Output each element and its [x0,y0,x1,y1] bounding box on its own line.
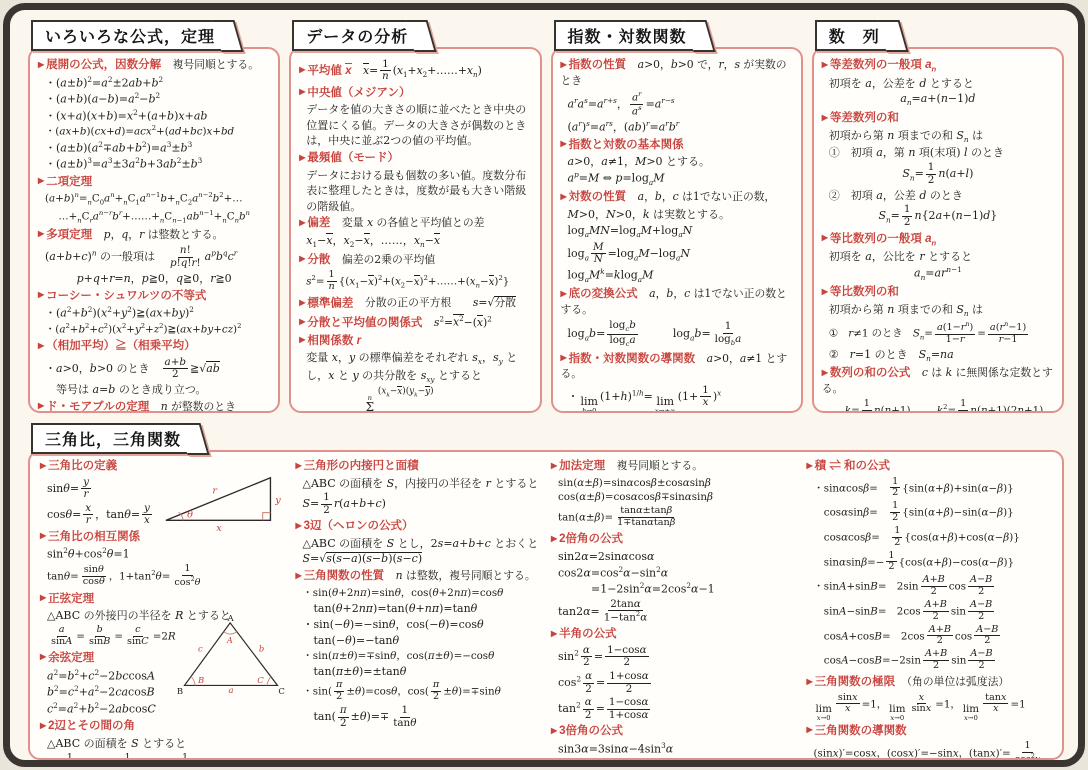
bullet-triangle-icon: ▶ [822,60,828,69]
bullet-triangle-icon: ▶ [551,461,557,470]
formula-line: ・sin(π±θ)=∓sinθ，cos(π±θ)=−cosθ [296,649,542,664]
formula-line: r=sxysxsy=nΣk=1(xk−x)(yk−y)√nΣk=1(xk−x)2… [299,385,531,413]
theta-label: θ [187,509,193,520]
heading-text: 三角形の内接円と面積 [304,460,419,472]
top-panel-row: いろいろな公式，定理 ▶展開の公式，因数分解 複号同順とする。・(a±b)2=a… [28,20,1064,413]
right-angle-mark [262,513,270,521]
block-heading: ▶コーシー・シュワルツの不等式 [38,289,270,305]
formula-line: Sn=12n(a+l) [822,161,1054,187]
heading-text: ド・モアブルの定理 [46,401,149,413]
block-heading: ▶ド・モアブルの定理 n が整数のとき [38,400,270,413]
adjacent-label: x [216,523,222,533]
heading-condition: s2=x2−(x)2 [434,316,492,329]
panel-tab-shape: 三角比，三角関数 [31,423,191,454]
vertex-c-label: C [278,686,284,696]
formula-line: (a+b)n=nC0an+nC1an−1b+nC2an−2b2+… [38,191,270,208]
bullet-triangle-icon: ▶ [40,531,46,540]
formula-line: tan2α=2tanα1−tan2α [551,598,797,626]
heading-text: 積 ⇌ 和の公式 [815,460,890,472]
trig-columns: r y x θ A B C A B [40,457,1052,755]
formula-block: ▶ド・モアブルの定理 n が整数のとき(cosθ+isinθ)n=cosnθ+i… [38,400,270,413]
formula-block: ▶分散と平均値の関係式 s2=x2−(x)2 [299,314,531,332]
formula-line: 等号は a=b のとき成り立つ。 [38,382,270,398]
block-heading: ▶三角関数の導関数 [807,724,1053,740]
formula-block: ▶相関係数 r変量 x，y の標準偏差をそれぞれ sx，sy とし，x と y … [299,334,531,414]
bullet-triangle-icon: ▶ [299,87,305,96]
bullet-triangle-icon: ▶ [299,254,305,263]
formula-line: sin2θ+cos2θ=1 [40,546,286,563]
formula-line: ・(a±b)(a2∓ab+b2)=a3±b3 [38,140,270,157]
formula-line: sinαsinβ=−12{cos(α+β)−cos(α−β)} [807,550,1053,575]
bullet-triangle-icon: ▶ [561,353,567,362]
formula-block: ▶2辺とその間の角△ABC の面積を S とするとS=12bcsinA=12ca… [40,719,286,760]
block-heading: ▶多項定理 p，q，r は整数とする。 [38,228,270,244]
formula-line: cosαsinβ= 12{sin(α+β)−sin(α−β)} [807,500,1053,525]
formula-block: ▶積 ⇌ 和の公式・sinαcosβ= 12{sin(α+β)+sin(α−β)… [807,459,1053,673]
trig-column-4: ▶積 ⇌ 和の公式・sinαcosβ= 12{sin(α+β)+sin(α−β)… [807,457,1053,755]
bullet-triangle-icon: ▶ [38,290,44,299]
formula-block: ▶展開の公式，因数分解 複号同順とする。・(a±b)2=a2±2ab+b2・(a… [38,58,270,173]
bullet-triangle-icon: ▶ [299,153,305,162]
bullet-triangle-icon: ▶ [38,60,44,69]
bullet-triangle-icon: ▶ [551,534,557,543]
formula-line: ・(a±b)3=a3±3a2b+3ab2±b3 [38,156,270,173]
formula-block: ▶三角比の相互関係sin2θ+cos2θ=1tanθ=sinθcosθ，1+ta… [40,530,286,590]
formula-line: 初項を a，公差を d とすると [822,76,1054,92]
block-heading: ▶積 ⇌ 和の公式 [807,459,1053,475]
formula-line: ・(a±b)2=a2±2ab+b2 [38,75,270,92]
panel-card: ▶展開の公式，因数分解 複号同順とする。・(a±b)2=a2±2ab+b2・(a… [28,47,280,413]
angle-c-label: C [257,675,264,685]
formula-line: (a+b+c)n の一般項は n!p!q!r!apbqcr [38,244,270,270]
bullet-triangle-icon: ▶ [40,593,46,602]
bullet-triangle-icon: ▶ [299,218,305,227]
panel-tab-shape: データの分析 [292,20,418,51]
formula-line: ・sin(−θ)=−sinθ，cos(−θ)=cosθ [296,617,542,633]
heading-condition: x=1n(x1+x2+……+xn) [363,64,482,77]
formula-line: tan(θ+2nπ)=tan(θ+nπ)=tanθ [296,601,542,617]
block-heading: ▶等差数列の和 [822,111,1054,127]
heading-text: （相加平均）≧（相乗平均） [46,340,196,352]
panel-title: いろいろな公式，定理 [45,29,215,46]
heading-text: 等比数列の一般項 an [830,233,936,245]
block-heading: ▶半角の公式 [551,627,797,643]
heading-condition: （角の単位は弧度法） [907,675,1010,688]
block-heading: ▶中央値（メジアン） [299,86,531,102]
heading-text: 三角比の定義 [48,460,117,472]
heading-text: 三角関数の導関数 [815,725,907,737]
heading-text: 三角関数の極限 [815,676,896,688]
formula-block: ▶二項定理(a+b)n=nC0an+nC1an−1b+nC2an−2b2+……+… [38,175,270,226]
formula-line: p+q+r=n，p≧0，q≧0，r≧0 [38,271,270,287]
bullet-triangle-icon: ▶ [38,229,44,238]
angle-b-label: B [197,675,204,685]
panel-title: 数 列 [829,29,880,46]
right-triangle-diagram: r y x θ [162,469,284,533]
block-heading: ▶平均値 x x=1n(x1+x2+……+xn) [299,58,531,84]
right-triangle-outline [165,478,270,521]
formula-block: ▶コーシー・シュワルツの不等式・(a2+b2)(x2+y2)≧(ax+by)2・… [38,289,270,337]
formula-line: Sn=12n{2a+(n−1)d} [822,203,1054,229]
formula-block: ▶数列の和の公式 c は k に無関係な定数とする。nΣk=1k=12n(n+1… [822,366,1054,413]
formula-line: ・sinαcosβ= 12{sin(α+β)+sin(α−β)} [807,476,1053,501]
bullet-triangle-icon: ▶ [38,401,44,410]
angle-c-arc [266,677,270,686]
panel-title: 指数・対数関数 [568,29,687,46]
hypotenuse-label: r [212,485,218,496]
panel-tab-shape: 数 列 [815,20,890,51]
formula-line: cos2α2=1+cosα2 [551,670,797,696]
bullet-triangle-icon: ▶ [38,176,44,185]
formula-block: ▶対数の性質 a，b，c は1でない正の数，M>0，N>0，k は実数とする。l… [561,190,793,285]
formula-line: tanθ=sinθcosθ，1+tan2θ=1cos2θ [40,563,286,590]
bullet-triangle-icon: ▶ [40,461,46,470]
formula-block: ▶2倍角の公式sin2α=2sinαcosαcos2α=cos2α−sin2α … [551,532,797,625]
block-heading: ▶加法定理 複号同順とする。 [551,459,797,475]
panel-title: データの分析 [306,29,408,46]
formula-line: s2=1n{(x1−x)2+(x2−x)2+……+(xn−x)2} [299,269,531,294]
formula-line: ② r=1 のとき Sn=na [822,347,1054,365]
formula-line: ・(x+a)(x+b)=x2+(a+b)x+ab [38,108,270,125]
formula-line: cosαcosβ= 12{cos(α+β)+cos(α−β)} [807,525,1053,550]
bullet-triangle-icon: ▶ [299,298,305,307]
panel-tab: 指数・対数関数 [554,20,697,51]
formula-line: tan(α±β)=tanα±tanβ1∓tanαtanβ [551,505,797,530]
block-heading: ▶3倍角の公式 [551,724,797,740]
formula-line: 変量 x，y の標準偏差をそれぞれ sx，sy とし，x と y の共分散を s… [299,350,531,385]
bullet-triangle-icon: ▶ [296,461,302,470]
formula-line: tan2α2=1−cosα1+cosα [551,696,797,722]
heading-text: 二項定理 [46,176,92,188]
formula-block: ▶多項定理 p，q，r は整数とする。(a+b+c)n の一般項は n!p!q!… [38,228,270,287]
heading-condition: 分散の正の平方根 s=√分散 [365,296,516,309]
formula-line: cos3α=−3cosα+4cos3α [551,757,797,760]
formula-line: △ABC の面積を S，内接円の半径を r とすると [296,476,542,492]
panel-card: ▶平均値 x x=1n(x1+x2+……+xn)▶中央値（メジアン）データを値の… [289,47,541,413]
block-heading: ▶指数・対数関数の導関数 a>0，a≠1 とする。 [561,352,793,383]
formula-line: logaMN=logaM+logaN [561,223,793,241]
formula-line: ・(a+b)(a−b)=a2−b2 [38,91,270,108]
heading-condition: a，b，c は1でない正の数， [638,190,776,203]
formula-line: S=√s(s−a)(s−b)(s−c) [296,551,542,567]
block-heading: ▶標準偏差 分散の正の平方根 s=√分散 [299,296,531,312]
formula-block: ▶等比数列の和初項から第 n 項までの和 Sn は① r≠1 のとき Sn=a(… [822,285,1054,364]
heading-text: 加法定理 [559,460,605,472]
heading-text: 分散と平均値の関係式 [307,317,422,329]
heading-text: 2倍角の公式 [559,533,623,545]
block-heading: ▶3辺（ヘロンの公式） [296,519,542,535]
formula-line: tan(−θ)=−tanθ [296,633,542,649]
block-heading: ▶2辺とその間の角 [40,719,286,735]
formula-line: ・sinA+sinB= 2sinA+B2cosA−B2 [807,574,1053,599]
heading-text: 多項定理 [46,229,92,241]
formula-line: 初項を a，公比を r とすると [822,249,1054,265]
panel-card: r y x θ A B C A B [28,450,1064,760]
formula-block: ▶（相加平均）≧（相乗平均）・a>0，b>0 のとき a+b2≧√ab 等号は … [38,339,270,398]
formula-block: ▶三角関数の導関数(sinx)′=cosx，(cosx)′=−sinx，(tan… [807,724,1053,760]
formula-block: ▶分散 偏差の2乗の平均値s2=1n{(x1−x)2+(x2−x)2+……+(x… [299,253,531,294]
formula-line: x1−x，x2−x，……，xn−x [299,233,531,251]
vertex-b-label: B [176,686,182,696]
formula-line: ・(a2+b2)(x2+y2)≧(ax+by)2 [38,305,270,322]
angle-a-label: A [225,635,232,645]
formula-block: ▶三角関数の性質 n は整数，複号同順とする。・sin(θ+2nπ)=sinθ，… [296,569,542,730]
heading-text: 数列の和の公式 [830,367,911,379]
formula-line: logab=logcblogca logab=1logba [561,319,793,349]
heading-text: 半角の公式 [559,628,617,640]
heading-condition: 複号同順とする。 [617,459,703,472]
heading-text: 対数の性質 [569,191,627,203]
bullet-triangle-icon: ▶ [299,317,305,326]
formula-line: sin(α±β)=sinαcosβ±cosαsinβ [551,476,797,491]
formula-line: 初項から第 n 項までの和 Sn は [822,302,1054,320]
block-heading: ▶等差数列の一般項 an [822,58,1054,75]
heading-text: 3倍角の公式 [559,725,623,737]
block-heading: ▶三角関数の極限 （角の単位は弧度法） [807,675,1053,691]
trig-column-2: ▶三角形の内接円と面積△ABC の面積を S，内接円の半径を r とするとS=1… [296,457,542,755]
formula-block: ▶3辺（ヘロンの公式）△ABC の面積を S とし，2s=a+b+c とおくとS… [296,519,542,567]
formula-line: ・(a2+b2+c2)(x2+y2+z2)≧(ax+by+cz)2 [38,322,270,337]
formula-line: cos(α±β)=cosαcosβ∓sinαsinβ [551,490,797,505]
panel-card: ▶等差数列の一般項 an初項を a，公差を d とするとan=a+(n−1)d▶… [812,47,1064,413]
formula-line: ・sin(θ+2nπ)=sinθ，cos(θ+2nπ)=cosθ [296,586,542,601]
panel-data-analysis: データの分析 ▶平均値 x x=1n(x1+x2+……+xn)▶中央値（メジアン… [289,20,541,413]
formula-line: データにおける最も個数の多い値。度数分布表に整理したときは，度数が最も大きい階級… [299,168,531,215]
heading-text: 中央値（メジアン） [307,87,410,99]
heading-text: 等差数列の和 [830,112,899,124]
heading-text: 最頻値（モード） [307,152,399,164]
formula-line: △ABC の面積を S とすると [40,736,286,752]
bullet-triangle-icon: ▶ [822,233,828,242]
formula-line: an=arn−1 [822,265,1054,283]
formula-line: cosA+cosB= 2cosA+B2cosA−B2 [807,624,1053,649]
panel-tab-shape: 指数・対数関数 [554,20,697,51]
heading-text: 底の変換公式 [569,288,638,300]
panel-tab: 数 列 [815,20,890,51]
block-heading: ▶三角形の内接円と面積 [296,459,542,475]
formula-line: cosA−cosB=−2sinA+B2sinA−B2 [807,648,1053,673]
heading-text: 相関係数 r [307,335,361,347]
heading-text: 指数の性質 [569,59,627,71]
formula-line: limx→0sinxx=1，limx→0xsinx=1，limx→0tanxx=… [807,692,1053,722]
heading-condition: 偏差の2乗の平均値 [342,253,435,266]
formula-block: ▶底の変換公式 a，b，c は1でない正の数とする。logab=logcblog… [561,287,793,349]
formula-block: ▶三角形の内接円と面積△ABC の面積を S，内接円の半径を r とするとS=1… [296,459,542,517]
block-heading: ▶正弦定理 [40,592,286,608]
block-heading: ▶展開の公式，因数分解 複号同順とする。 [38,58,270,74]
trig-column-3: ▶加法定理 複号同順とする。sin(α±β)=sinαcosβ±cosαsinβ… [551,457,797,755]
formula-block: ▶偏差 変量 x の各値と平均値との差x1−x，x2−x，……，xn−x [299,216,531,250]
formula-block: ▶三角関数の極限 （角の単位は弧度法）limx→0sinxx=1，limx→0x… [807,675,1053,722]
formula-block: ▶中央値（メジアン）データを値の大きさの順に並べたとき中央の位置にくる値。データ… [299,86,531,149]
formula-line: aras=ar+s，aras=ar−s [561,90,793,119]
block-heading: ▶等比数列の一般項 an [822,232,1054,249]
heading-text: 指数・対数関数の導関数 [569,353,696,365]
panel-tab: データの分析 [292,20,418,51]
panel-tab-shape: いろいろな公式，定理 [31,20,225,51]
block-heading: ▶二項定理 [38,175,270,191]
block-heading: ▶分散 偏差の2乗の平均値 [299,253,531,269]
formula-block: ▶標準偏差 分散の正の平方根 s=√分散 [299,296,531,312]
formula-line: ap=M ⇔ p=logaM [561,170,793,188]
block-heading: ▶2倍角の公式 [551,532,797,548]
reference-sheet-frame: いろいろな公式，定理 ▶展開の公式，因数分解 複号同順とする。・(a±b)2=a… [3,3,1085,767]
bullet-triangle-icon: ▶ [299,335,305,344]
formula-line: (ar)s=ars，(ab)r=arbr [561,119,793,136]
formula-block: ▶等差数列の一般項 an初項を a，公差を d とするとan=a+(n−1)d [822,58,1054,109]
formula-line: sin3α=3sinα−4sin3α [551,741,797,758]
heading-text: 標準偏差 [307,297,353,309]
angle-a-arc [223,632,236,634]
block-heading: ▶対数の性質 a，b，c は1でない正の数， [561,190,793,206]
bullet-triangle-icon: ▶ [807,677,813,686]
side-b-label: b [258,644,263,654]
heading-text: 三角関数の性質 [304,570,385,582]
formula-line: tan(π2±θ)=∓1tanθ [296,704,542,730]
bullet-triangle-icon: ▶ [40,721,46,730]
heading-text: 等差数列の一般項 an [830,59,936,71]
formula-line: ① 初項 a，第 n 項(末項) l のとき [822,145,1054,161]
panel-card: ▶指数の性質 a>0，b>0 で，r，s が実数のときaras=ar+s，ara… [551,47,803,413]
formula-block: ▶指数と対数の基本関係a>0，a≠1，M>0 とする。ap=M ⇔ p=loga… [561,138,793,189]
formula-line: sin2α=2sinαcosα [551,549,797,565]
block-heading: ▶分散と平均値の関係式 s2=x2−(x)2 [299,314,531,332]
formula-line: c2=a2+b2−2abcosC [40,701,286,718]
bullet-triangle-icon: ▶ [822,113,828,122]
formula-block: ▶平均値 x x=1n(x1+x2+……+xn) [299,58,531,84]
panel-trigonometry: 三角比，三角関数 r y x θ [28,423,1064,760]
formula-line: tan(π±θ)=±tanθ [296,664,542,680]
formula-line: ・limh→0(1+h)1/h=limx→±∞(1+1x)x [561,384,793,413]
heading-text: 展開の公式，因数分解 [46,59,161,71]
heading-text: 等比数列の和 [830,286,899,298]
heading-condition: n は整数，複号同順とする。 [396,569,536,582]
heading-condition: n が整数のとき [161,400,236,413]
formula-block: ▶等差数列の和初項から第 n 項までの和 Sn は① 初項 a，第 n 項(末項… [822,111,1054,229]
block-heading: ▶等比数列の和 [822,285,1054,301]
trig-column-1: r y x θ A B C A B [40,457,286,755]
bullet-triangle-icon: ▶ [807,461,813,470]
formula-line: an=a+(n−1)d [822,91,1054,109]
block-heading: ▶底の変換公式 a，b，c は1でない正の数とする。 [561,287,793,318]
formula-block: ▶3倍角の公式sin3α=3sinα−4sin3αcos3α=−3cosα+4c… [551,724,797,760]
block-heading: ▶三角関数の性質 n は整数，複号同順とする。 [296,569,542,585]
panel-title: 三角比，三角関数 [45,432,181,449]
bullet-triangle-icon: ▶ [822,368,828,377]
bullet-triangle-icon: ▶ [551,629,557,638]
bullet-triangle-icon: ▶ [296,571,302,580]
formula-block: ▶指数の性質 a>0，b>0 で，r，s が実数のときaras=ar+s，ara… [561,58,793,136]
formula-line: sin2α2=1−cosα2 [551,644,797,670]
block-heading: ▶数列の和の公式 c は k に無関係な定数とする。 [822,366,1054,397]
formula-line: logaMk=klogaM [561,267,793,285]
panel-tab: 三角比，三角関数 [31,423,191,454]
formula-block: ▶加法定理 複号同順とする。sin(α±β)=sinαcosβ±cosαsinβ… [551,459,797,530]
formula-block: ▶等比数列の一般項 an初項を a，公比を r とするとan=arn−1 [822,232,1054,284]
opposite-label: y [274,495,281,506]
block-heading: ▶相関係数 r [299,334,531,350]
formula-line: ・sin(π2±θ)=cosθ，cos(π2±θ)=∓sinθ [296,679,542,704]
bullet-triangle-icon: ▶ [807,725,813,734]
heading-text: 偏差 [307,217,330,229]
heading-text: 指数と対数の基本関係 [569,139,684,151]
formula-line: データを値の大きさの順に並べたとき中央の位置にくる値。データの大きさが偶数のとき… [299,102,531,149]
formula-line: ② 初項 a，公差 d のとき [822,188,1054,204]
formula-line: nΣk=1k=12n(n+1) nΣk=1k2=16n(n+1)(2n+1) [822,398,1054,413]
bullet-triangle-icon: ▶ [38,341,44,350]
triangle-abc-diagram: A B C A B C c b a [176,607,286,703]
formula-line: cos2α=cos2α−sin2α [551,565,797,582]
heading-text: 正弦定理 [48,593,94,605]
heading-text: 三角比の相互関係 [48,531,140,543]
bullet-triangle-icon: ▶ [299,65,305,74]
formula-line: ・(ax+b)(cx+d)=acx2+(ad+bc)x+bd [38,124,270,139]
bullet-triangle-icon: ▶ [296,521,302,530]
heading-condition: 変量 x の各値と平均値との差 [342,216,485,229]
block-heading: ▶指数と対数の基本関係 [561,138,793,154]
block-heading: ▶指数の性質 a>0，b>0 で，r，s が実数のとき [561,58,793,89]
bullet-triangle-icon: ▶ [561,192,567,201]
bullet-triangle-icon: ▶ [822,287,828,296]
formula-block: ▶最頻値（モード）データにおける最も個数の多い値。度数分布表に整理したときは，度… [299,151,531,214]
vertex-a-label: A [226,613,234,623]
heading-text: 余弦定理 [48,652,94,664]
heading-text: 3辺（ヘロンの公式） [304,520,414,532]
formula-line: =1−2sin2α=2cos2α−1 [551,581,797,598]
heading-condition: p，q，r は整数とする。 [104,228,224,241]
formula-line: S=12r(a+b+c) [296,491,542,517]
bullet-triangle-icon: ▶ [551,726,557,735]
panel-various-formulas: いろいろな公式，定理 ▶展開の公式，因数分解 複号同順とする。・(a±b)2=a… [28,20,280,413]
formula-line: M>0，N>0，k は実数とする。 [561,207,793,223]
panel-sequences: 数 列 ▶等差数列の一般項 an初項を a，公差を d とするとan=a+(n−… [812,20,1064,413]
heading-text: 平均値 x [307,65,351,77]
formula-line: ・a>0，b>0 のとき a+b2≧√ab [38,356,270,382]
block-heading: ▶最頻値（モード） [299,151,531,167]
formula-line: a>0，a≠1，M>0 とする。 [561,154,793,170]
formula-line: △ABC の面積を S とし，2s=a+b+c とおくと [296,536,542,552]
panel-exp-log: 指数・対数関数 ▶指数の性質 a>0，b>0 で，r，s が実数のときaras=… [551,20,803,413]
bullet-triangle-icon: ▶ [40,652,46,661]
formula-line: …+nCran−rbr+……+nCn−1abn−1+nCnbn [38,209,270,226]
formula-line: ① r≠1 のとき Sn=a(1−rn)1−r=a(rn−1)r−1 [822,320,1054,347]
bullet-triangle-icon: ▶ [561,60,567,69]
formula-line: S=12bcsinA=12casinB=12absinC [40,752,286,760]
heading-text: コーシー・シュワルツの不等式 [46,290,206,302]
block-heading: ▶偏差 変量 x の各値と平均値との差 [299,216,531,232]
formula-block: ▶指数・対数関数の導関数 a>0，a≠1 とする。・limh→0(1+h)1/h… [561,352,793,413]
formula-line: (sinx)′=cosx，(cosx)′=−sinx，(tanx)′=1cos2… [807,740,1053,760]
formula-line: 初項から第 n 項までの和 Sn は [822,128,1054,146]
block-heading: ▶（相加平均）≧（相乗平均） [38,339,270,355]
panel-tab: いろいろな公式，定理 [31,20,225,51]
formula-block: ▶半角の公式sin2α2=1−cosα2cos2α2=1+cosα2tan2α2… [551,627,797,722]
formula-line: sinA−sinB= 2cosA+B2sinA−B2 [807,599,1053,624]
side-c-label: c [198,644,203,654]
bullet-triangle-icon: ▶ [561,139,567,148]
bullet-triangle-icon: ▶ [561,289,567,298]
heading-condition: 複号同順とする。 [173,58,259,71]
heading-text: 2辺とその間の角 [48,720,135,732]
side-a-label: a [228,685,233,695]
angle-b-arc [190,677,194,686]
formula-line: logaMN=logaM−logaN [561,241,793,267]
heading-text: 分散 [307,254,330,266]
